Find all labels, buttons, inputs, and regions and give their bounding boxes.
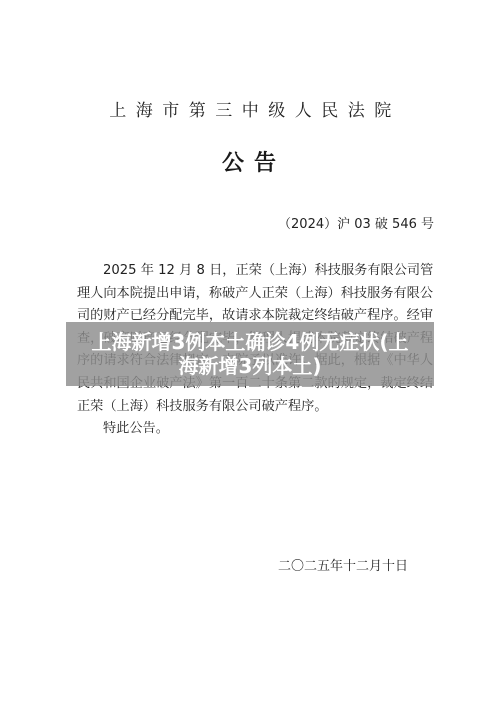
headline-overlay: 上海新增3例本土确诊4例无症状(上 海新增3列本土) [66,322,434,386]
court-name: 上海市第三中级人民法院 [0,96,500,121]
document-number: （2024）沪 03 破 546 号 [278,213,434,232]
closing-line: 特此公告。 [77,418,437,441]
headline-line-2: 海新增3列本土) [178,354,321,378]
notice-title: 公告 [0,146,500,177]
issue-date: 二〇二五年十二月十日 [278,555,408,574]
headline-line-1: 上海新增3例本土确诊4例无症状(上 [92,330,409,354]
